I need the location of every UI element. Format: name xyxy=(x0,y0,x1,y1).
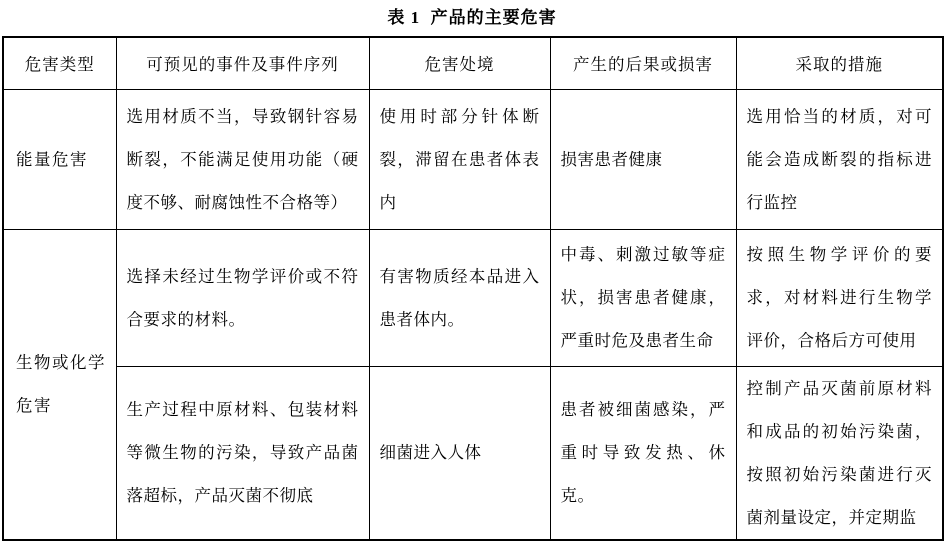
cell-measures-contamination: 控制产品灭菌前原材料和成品的初始污染菌，按照初始污染菌进行灭菌剂量设定，并定期监 xyxy=(736,366,943,540)
hazard-table: 危害类型 可预见的事件及事件序列 危害处境 产生的后果或损害 采取的措施 能量危… xyxy=(2,36,944,541)
document-page: 表 1 产品的主要危害 危害类型 可预见的事件及事件序列 危害处境 产生的后果或… xyxy=(0,0,944,544)
header-measures: 采取的措施 xyxy=(736,37,943,89)
table-row-energy-hazard: 能量危害 选用材质不当，导致钢针容易断裂，不能满足使用功能（硬度不够、耐腐蚀性不… xyxy=(3,89,943,229)
table-row-bio-chem-contamination: 生产过程中原材料、包装材料等微生物的污染，导致产品菌落超标，产品灭菌不彻底 细菌… xyxy=(3,366,943,540)
header-hazard-situation: 危害处境 xyxy=(369,37,550,89)
header-row: 危害类型 可预见的事件及事件序列 危害处境 产生的后果或损害 采取的措施 xyxy=(3,37,943,89)
cell-event-bio-material: 选择未经过生物学评价或不符合要求的材料。 xyxy=(116,229,369,366)
cell-situation-energy: 使用时部分针体断裂，滞留在患者体表内 xyxy=(369,89,550,229)
header-consequence: 产生的后果或损害 xyxy=(550,37,736,89)
table-row-bio-chem-material: 生物或化学危害 选择未经过生物学评价或不符合要求的材料。 有害物质经本品进入患者… xyxy=(3,229,943,366)
cell-hazard-type-bio-chem: 生物或化学危害 xyxy=(3,229,116,540)
table-title: 表 1 产品的主要危害 xyxy=(0,0,944,29)
cell-event-energy: 选用材质不当，导致钢针容易断裂，不能满足使用功能（硬度不够、耐腐蚀性不合格等） xyxy=(116,89,369,229)
header-hazard-type: 危害类型 xyxy=(3,37,116,89)
cell-event-contamination: 生产过程中原材料、包装材料等微生物的污染，导致产品菌落超标，产品灭菌不彻底 xyxy=(116,366,369,540)
cell-consequence-energy: 损害患者健康 xyxy=(550,89,736,229)
header-foreseeable-events: 可预见的事件及事件序列 xyxy=(116,37,369,89)
cell-measures-energy: 选用恰当的材质，对可能会造成断裂的指标进行监控 xyxy=(736,89,943,229)
cell-consequence-bio-material: 中毒、刺激过敏等症状，损害患者健康，严重时危及患者生命 xyxy=(550,229,736,366)
cell-situation-contamination: 细菌进入人体 xyxy=(369,366,550,540)
cell-consequence-contamination: 患者被细菌感染，严重时导致发热、休克。 xyxy=(550,366,736,540)
cell-hazard-type-energy: 能量危害 xyxy=(3,89,116,229)
cell-situation-bio-material: 有害物质经本品进入患者体内。 xyxy=(369,229,550,366)
cell-measures-bio-material: 按照生物学评价的要求，对材料进行生物学评价，合格后方可使用 xyxy=(736,229,943,366)
